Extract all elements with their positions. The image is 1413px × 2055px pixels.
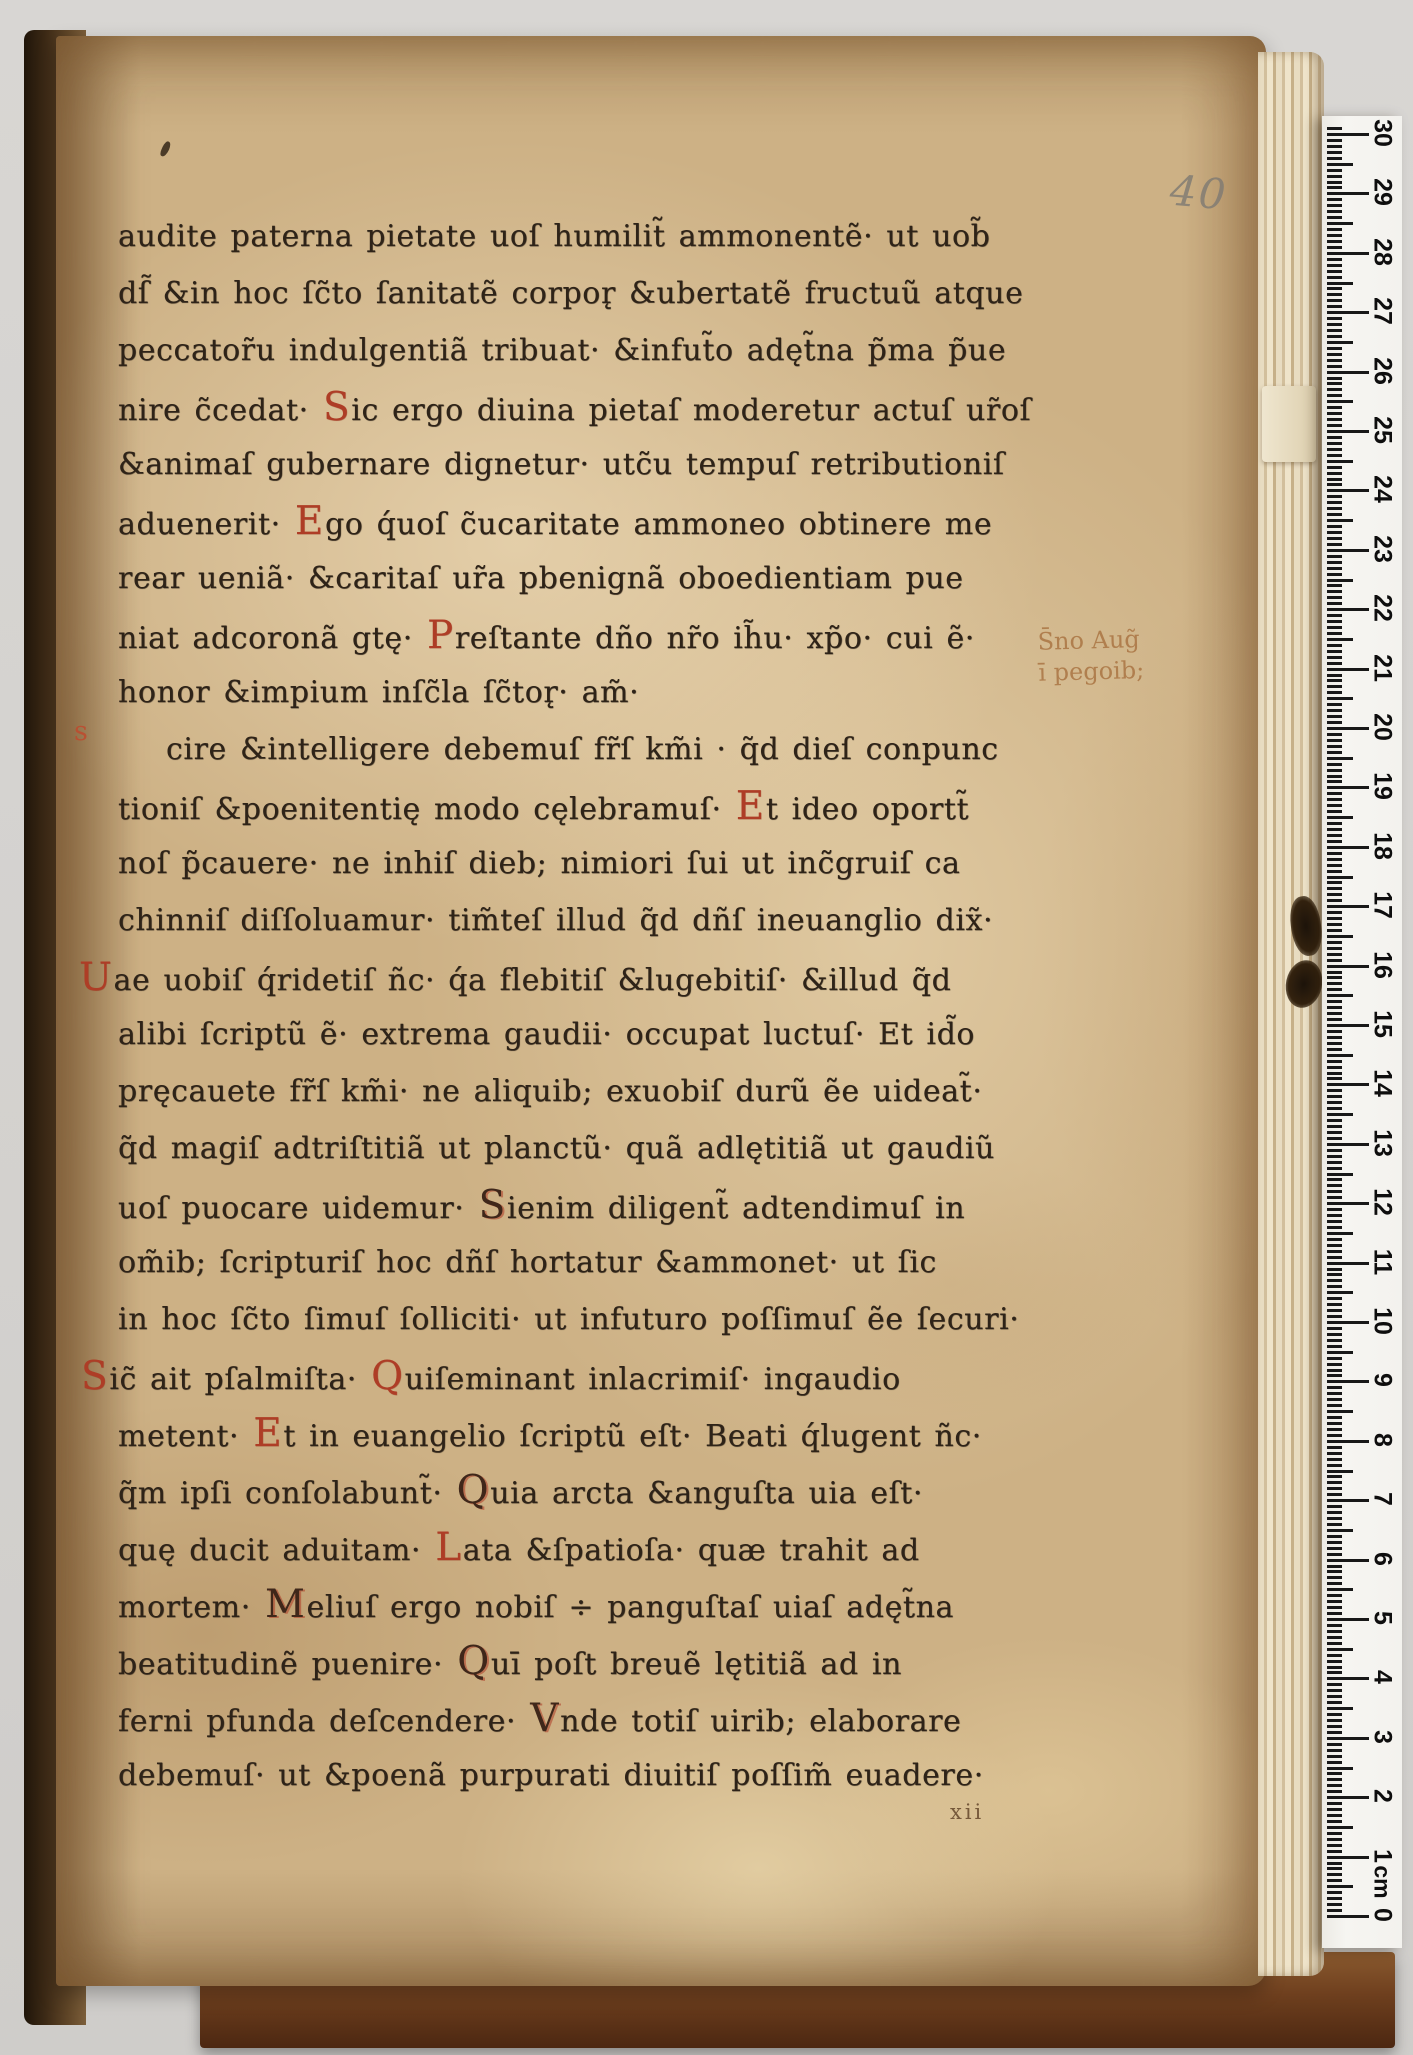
ruler-number: 21 [1368,646,1397,690]
manuscript-line: chinniſ diſſoluamur· tim̃teſ illud q̃d d… [118,892,1128,949]
text-segment: go q́uoſ c̃ucaritate ammoneo obtinere me [325,507,992,542]
ruler-tick [1327,1856,1369,1859]
rubricator-guide-letter: s [74,716,88,747]
ruler-tick [1327,1470,1353,1473]
ruler-tick [1327,1642,1342,1645]
ruler-tick [1327,608,1369,611]
text-segment: noſ p̃cauere· ne inhiſ dieb; nimiori ſui… [118,846,961,881]
ruler-tick [1327,228,1342,231]
ruler-tick [1327,1440,1369,1443]
manuscript-line: om̃ib; ſcripturiſ hoc dñſ hortatur &ammo… [118,1234,1128,1291]
ruler-number: 16 [1368,943,1397,987]
ruler-tick [1327,483,1342,486]
ruler-tick [1327,1386,1342,1389]
rubric-initial: U [78,955,113,1000]
ruler-tick [1327,555,1342,558]
ruler-tick [1327,1273,1342,1276]
ruler-number: 8 [1368,1418,1397,1462]
ruler-tick [1327,519,1353,522]
rubric-initial: S [80,1354,109,1399]
ruler-number: 26 [1368,349,1397,393]
ruler-number: 2 [1368,1774,1397,1818]
rubric-initial: S [322,385,351,430]
ruler-tick [1327,703,1342,706]
ruler-tick [1327,1374,1342,1377]
ruler-tick [1327,965,1369,968]
ruler-tick [1327,246,1342,249]
ruler-tick [1327,406,1342,409]
ruler-tick [1327,377,1342,380]
ruler-tick [1327,626,1342,629]
ruler-number: 27 [1368,289,1397,333]
ruler-tick [1327,721,1342,724]
text-segment: &animaſ gubernare dignetur· utc̃u tempuſ… [118,447,1005,482]
text-segment: in hoc ſc̃to ſimuſ ſolliciti· ut infutur… [118,1302,1019,1337]
ruler-tick [1327,252,1369,255]
ruler-tick [1327,709,1342,712]
ruler-tick [1327,899,1342,902]
ruler-tick [1327,347,1342,350]
ruler-tick [1327,1297,1342,1300]
ruler-tick [1327,1404,1342,1407]
ruler-tick [1327,982,1342,985]
ruler-tick [1327,1208,1342,1211]
ruler-tick [1327,1309,1342,1312]
text-segment: uī poſt breuẽ lętitiã ad in [491,1647,902,1682]
ruler-tick [1327,240,1342,243]
ruler: 0123456789101112131415161718192021222324… [1322,116,1402,1948]
ruler-tick [1327,1030,1342,1033]
ruler-tick [1327,1844,1342,1847]
ruler-tick [1327,1327,1342,1330]
ruler-tick [1327,769,1342,772]
manuscript-line: quę ducit aduitam· Lata &ſpatioſa· quæ t… [118,1519,1128,1576]
ruler-tick [1327,971,1342,974]
ruler-tick [1327,264,1342,267]
parchment-bookmark-tab [1262,386,1316,462]
ruler-unit-label: cm [1369,1860,1396,1904]
ruler-number: 5 [1368,1596,1397,1640]
ruler-tick [1327,1493,1342,1496]
text-segment: mortem· [118,1590,264,1625]
ruler-tick [1327,323,1342,326]
ruler-number: 19 [1368,764,1397,808]
manuscript-line: niat adcoronã gtę· Preſtante dño nr̃o ih… [118,607,1128,664]
text-segment: ic ergo diuina pietaſ moderetur actuſ ur… [351,393,1031,428]
ruler-tick [1327,1339,1342,1342]
ruler-tick [1327,561,1342,564]
ruler-tick [1327,1333,1342,1336]
ruler-tick [1327,388,1342,391]
folio-number-pencil: 40 [1168,166,1230,220]
ruler-number: 6 [1368,1537,1397,1581]
ruler-tick [1327,1137,1342,1140]
ruler-tick [1327,976,1342,979]
ruler-tick [1327,602,1342,605]
ruler-tick [1327,175,1342,178]
ruler-tick [1327,1873,1342,1876]
ruler-tick [1327,531,1342,534]
text-segment: debemuſ· ut &poenã purpurati diuitiſ poſ… [118,1758,984,1793]
ruler-tick [1327,1303,1342,1306]
ruler-tick [1327,757,1353,760]
text-segment: uoſ puocare uidemur· [118,1191,478,1226]
ruler-tick [1327,1452,1342,1455]
ruler-tick [1327,501,1342,504]
ruler-tick [1327,959,1342,962]
text-segment: cire &intelligere debemuſ fr̃ſ km̃i · q̃… [166,732,999,767]
ruler-tick [1327,1624,1342,1627]
ruler-tick [1327,887,1342,890]
ruler-tick [1327,133,1369,136]
ruler-tick [1327,1547,1342,1550]
ruler-tick [1327,1559,1369,1562]
ruler-number: 3 [1368,1715,1397,1759]
ruler-tick [1327,1285,1342,1288]
ruler-tick [1327,472,1342,475]
text-segment: ata &ſpatioſa· quæ trahit ad [463,1533,920,1568]
ruler-tick [1327,1202,1369,1205]
ruler-tick [1327,1743,1342,1746]
ruler-tick [1327,632,1342,635]
ruler-tick [1327,727,1369,730]
ruler-tick [1327,1660,1342,1663]
ruler-tick [1327,151,1342,154]
ruler-tick [1327,1173,1353,1176]
ruler-tick [1327,1802,1342,1805]
text-segment: ienim diligent̃ adtendimuſ in [507,1191,965,1226]
text-segment: uia arcta &anguſta uia eſt· [490,1476,923,1511]
ruler-tick [1327,1636,1342,1639]
ruler-tick [1327,305,1342,308]
ruler-tick [1327,1392,1342,1395]
ruler-tick [1327,1024,1369,1027]
ruler-tick [1327,1434,1342,1437]
ruler-number: 15 [1368,1002,1397,1046]
ruler-tick [1327,1767,1353,1770]
rubric-initial: Q [370,1354,405,1399]
rubric-initial: Q [456,1639,491,1684]
ruler-tick [1327,1178,1342,1181]
ruler-tick [1327,1707,1353,1710]
manuscript-line: metent· Et in euangelio ſcriptũ eſt· Bea… [118,1405,1128,1462]
ruler-tick [1327,1814,1342,1817]
ruler-tick [1327,341,1353,344]
ruler-tick [1327,454,1342,457]
ruler-tick [1327,1731,1342,1734]
ruler-tick [1327,1487,1342,1490]
ruler-tick [1327,282,1353,285]
ruler-number: 20 [1368,705,1397,749]
ruler-tick [1327,870,1342,873]
ruler-tick [1327,1885,1353,1888]
ruler-tick [1327,543,1342,546]
ruler-tick [1327,525,1342,528]
ruler-number: 4 [1368,1655,1397,1699]
ruler-tick [1327,1761,1342,1764]
ruler-tick [1327,1588,1353,1591]
ruler-tick [1327,881,1342,884]
ruler-tick [1327,489,1369,492]
ruler-tick [1327,1606,1342,1609]
ruler-tick [1327,644,1342,647]
ruler-tick [1327,1654,1342,1657]
ruler-tick [1327,460,1353,463]
ruler-tick [1327,1867,1342,1870]
ruler-tick [1327,1226,1342,1229]
manuscript-line: aduenerit· Ego q́uoſ c̃ucaritate ammoneo… [118,493,1128,550]
ruler-tick [1327,893,1342,896]
ruler-tick [1327,549,1369,552]
ruler-tick [1327,804,1342,807]
manuscript-line: &animaſ gubernare dignetur· utc̃u tempuſ… [118,436,1128,493]
ruler-tick [1327,1380,1369,1383]
manuscript-line: alibi ſcriptũ ẽ· extrema gaudii· occupat… [118,1006,1128,1063]
manuscript-line: rear ueniã· &caritaſ ur̃a pbenignã oboed… [118,550,1128,607]
ruler-tick [1327,1475,1342,1478]
ruler-tick [1327,1012,1342,1015]
ruler-number: 7 [1368,1477,1397,1521]
text-segment: rear ueniã· &caritaſ ur̃a pbenignã oboed… [118,561,964,596]
ruler-tick [1327,1131,1342,1134]
ruler-tick [1327,1897,1342,1900]
ruler-tick [1327,293,1342,296]
manuscript-line: ferni pfunda deſcendere· Vnde totiſ uiri… [118,1690,1128,1747]
ruler-tick [1327,852,1342,855]
ruler-tick [1327,775,1342,778]
text-segment: t in euangelio ſcriptũ eſt· Beati q́luge… [283,1419,982,1454]
ruler-tick [1327,1184,1342,1187]
rubric-initial: E [735,784,766,829]
ruler-tick [1327,905,1369,908]
ruler-tick [1327,1517,1342,1520]
ruler-tick [1327,1458,1342,1461]
ruler-tick [1327,1369,1342,1372]
ruler-tick [1327,1321,1369,1324]
ruler-tick [1327,216,1342,219]
ruler-tick [1327,929,1342,932]
ruler-tick [1327,1879,1342,1882]
ruler-tick [1327,1113,1353,1116]
quire-mark: xii [950,1800,984,1824]
ruler-tick [1327,1891,1342,1894]
ruler-tick [1327,1701,1342,1704]
ruler-tick [1327,1119,1342,1122]
ruler-tick [1327,442,1342,445]
ruler-tick [1327,1214,1342,1217]
ruler-tick [1327,988,1342,991]
manuscript-line: Sic̃ ait pſalmiſta· Quiſeminant inlacrim… [80,1348,1128,1405]
ruler-tick [1327,1167,1342,1170]
ruler-tick [1327,1719,1342,1722]
text-segment: uiſeminant inlacrimiſ· ingaudio [405,1362,901,1397]
ruler-tick [1327,953,1342,956]
text-block: audite paterna pietate uoſ humilit̃ ammo… [118,208,1128,1804]
ruler-tick [1327,1630,1342,1633]
ruler-tick [1327,270,1342,273]
ruler-tick [1327,400,1353,403]
ruler-tick [1327,1535,1342,1538]
ruler-tick [1327,1220,1342,1223]
ruler-tick [1327,495,1342,498]
ruler-tick [1327,1594,1342,1597]
text-segment: ferni pfunda deſcendere· [118,1704,529,1739]
ruler-tick [1327,1565,1342,1568]
ruler-tick [1327,1772,1342,1775]
ruler-tick [1327,697,1353,700]
ruler-tick [1327,1689,1342,1692]
ruler-tick [1327,1149,1342,1152]
ruler-tick [1327,733,1342,736]
ruler-tick [1327,1713,1342,1716]
rubric-initial: S [478,1183,507,1228]
ruler-tick [1327,679,1342,682]
ruler-tick [1327,335,1342,338]
ruler-tick [1327,1677,1369,1680]
ruler-tick [1327,1790,1342,1793]
ruler-tick [1327,1576,1342,1579]
ruler-tick [1327,917,1342,920]
ruler-tick [1327,1422,1342,1425]
ruler-tick [1327,1499,1369,1502]
ruler-tick [1327,1054,1353,1057]
ruler-tick [1327,1862,1342,1865]
ruler-tick [1327,507,1342,510]
text-segment: metent· [118,1419,252,1454]
ruler-tick [1327,780,1342,783]
ruler-tick [1327,650,1342,653]
ruler-tick [1327,715,1342,718]
ruler-tick [1327,668,1369,671]
ruler-tick [1327,816,1353,819]
rubric-initial: V [529,1696,560,1741]
ruler-tick [1327,1250,1342,1253]
ruler-tick [1327,299,1342,302]
ruler-tick [1327,1826,1353,1829]
ruler-tick [1327,763,1342,766]
ruler-tick [1327,359,1342,362]
text-segment: quę ducit aduitam· [118,1533,434,1568]
ruler-tick [1327,1618,1369,1621]
ruler-tick [1327,1107,1342,1110]
ruler-tick [1327,1190,1342,1193]
ruler-tick [1327,139,1342,142]
text-segment: ic̃ ait pſalmiſta· [109,1362,370,1397]
manuscript-line: dſ̃ &in hoc ſc̃to ſanitatẽ corpor̨ &uber… [118,265,1128,322]
ruler-tick [1327,792,1342,795]
ruler-number: 18 [1368,824,1397,868]
text-segment: om̃ib; ſcripturiſ hoc dñſ hortatur &ammo… [118,1245,937,1280]
ruler-tick [1327,745,1342,748]
ruler-tick [1327,1570,1342,1573]
ruler-tick [1327,1600,1342,1603]
ruler-tick [1327,1410,1353,1413]
text-segment: dſ̃ &in hoc ſc̃to ſanitatẽ corpor̨ &uber… [118,276,1023,311]
ruler-tick [1327,798,1342,801]
ruler-tick [1327,1232,1353,1235]
text-segment: tioniſ &poenitentię modo cęlebramuſ· [118,792,735,827]
ruler-tick [1327,1505,1342,1508]
ruler-tick [1327,1060,1342,1063]
ruler-tick [1327,864,1342,867]
ruler-tick [1327,1612,1342,1615]
ruler-tick [1327,1279,1342,1282]
rubric-initial: L [434,1525,463,1570]
ruler-number: 9 [1368,1358,1397,1402]
ruler-tick [1327,258,1342,261]
ruler-number: 22 [1368,586,1397,630]
ruler-tick [1327,1351,1353,1354]
text-segment: peccator̃u indulgentiã tribuat· &infut̃o… [118,333,1006,368]
ruler-tick [1327,573,1342,576]
ruler-tick [1327,1808,1342,1811]
ruler-tick [1327,567,1342,570]
ruler-tick [1327,1755,1342,1758]
ruler-tick [1327,1095,1342,1098]
ruler-tick [1327,1446,1342,1449]
ruler-tick [1327,656,1342,659]
ruler-tick [1327,287,1342,290]
ruler-tick [1327,1749,1342,1752]
ruler-tick [1327,412,1342,415]
ruler-tick [1327,365,1342,368]
manuscript-line: mortem· Meliuſ ergo nobiſ ÷ panguſtaſ ui… [118,1576,1128,1633]
manuscript-line: tioniſ &poenitentię modo cęlebramuſ· Et … [118,778,1128,835]
manuscript-line: nire c̃cedat· Sic ergo diuina pietaſ mod… [118,379,1128,436]
ruler-tick [1327,1357,1342,1360]
ruler-tick [1327,329,1342,332]
ruler-tick [1327,1529,1353,1532]
ruler-tick [1327,1737,1369,1740]
ruler-tick [1327,876,1353,879]
ruler-tick [1327,1915,1369,1918]
ruler-tick [1327,584,1342,587]
ruler-tick [1327,662,1342,665]
rubric-initial: E [252,1411,283,1456]
ruler-tick [1327,1695,1342,1698]
ruler-tick [1327,911,1342,914]
manuscript-line: Uae uobiſ q́ridetiſ ñc· q́a flebitiſ &lu… [78,949,1128,1006]
ruler-tick [1327,1161,1342,1164]
ruler-tick [1327,1155,1342,1158]
text-segment: eliuſ ergo nobiſ ÷ panguſtaſ uiaſ adęt̃n… [307,1590,954,1625]
ruler-number: 29 [1368,170,1397,214]
ruler-tick [1327,169,1342,172]
ruler-tick [1327,466,1342,469]
ruler-tick [1327,1268,1342,1271]
text-segment: aduenerit· [118,507,294,542]
ruler-tick [1327,840,1342,843]
ruler-tick [1327,204,1342,207]
ruler-tick [1327,311,1369,314]
manuscript-line: cire &intelligere debemuſ fr̃ſ km̃i · q̃… [166,721,1128,778]
text-segment: nde totiſ uirib; elaborare [560,1704,961,1739]
text-segment: reſtante dño nr̃o ih̃u· xp̃o· cui ẽ· [455,621,975,656]
text-segment: pręcauete fr̃ſ km̃i· ne aliquib; exuobiſ… [118,1074,982,1109]
ruler-tick [1327,739,1342,742]
manuscript-line: audite paterna pietate uoſ humilit̃ ammo… [118,208,1128,265]
text-segment: chinniſ diſſoluamur· tim̃teſ illud q̃d d… [118,903,993,938]
ruler-tick [1327,418,1342,421]
ruler-tick [1327,157,1342,160]
ruler-tick [1327,834,1342,837]
manuscript-line: debemuſ· ut &poenã purpurati diuitiſ poſ… [118,1747,1128,1804]
ruler-tick [1327,810,1342,813]
ruler-tick [1327,513,1342,516]
ruler-tick [1327,181,1342,184]
ruler-tick [1327,1582,1342,1585]
rubric-initial: Q [456,1468,491,1513]
